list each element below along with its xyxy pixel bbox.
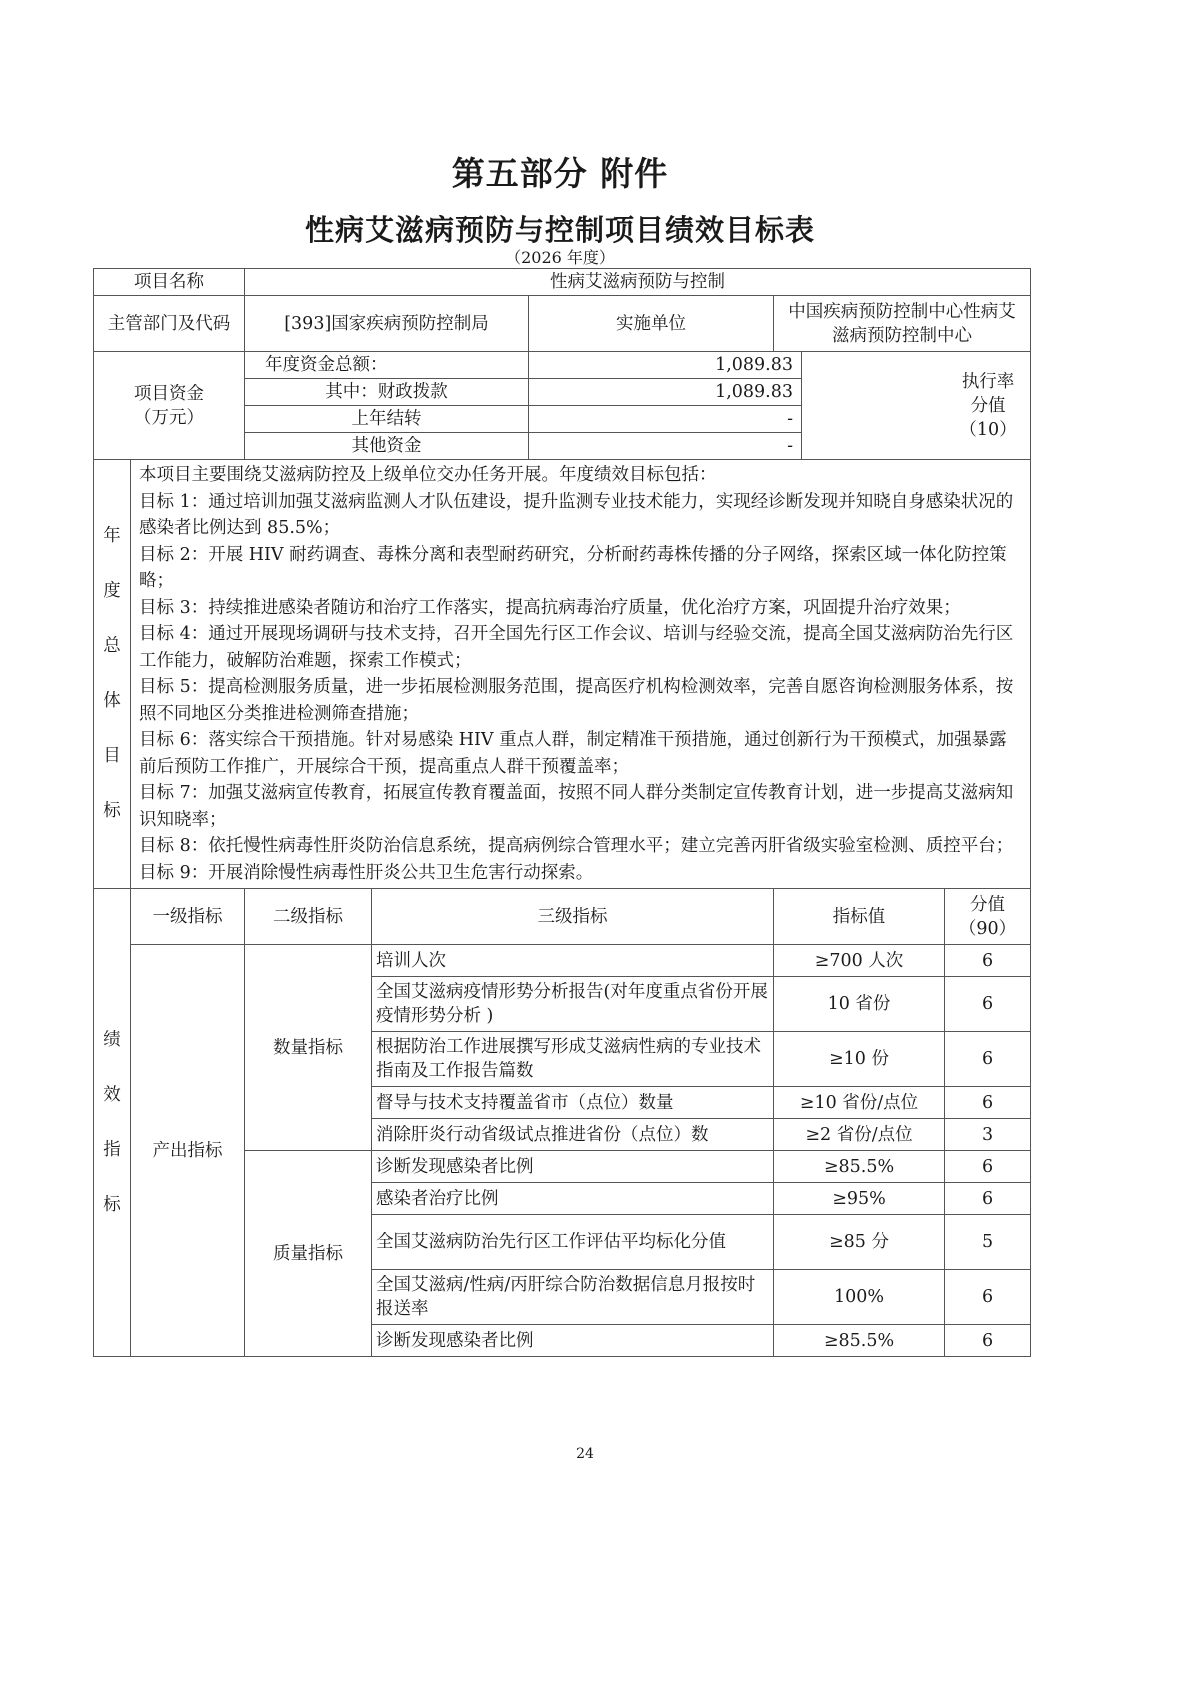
header-score-line1: 分值	[949, 893, 1026, 917]
level3-cell: 诊断发现感染者比例	[372, 1325, 774, 1357]
side-char: 标	[94, 1178, 130, 1233]
score-cell: 3	[945, 1119, 1031, 1151]
fund-total-label: 年度资金总额：	[245, 352, 529, 379]
score-cell: 6	[945, 1270, 1031, 1325]
goal-item: 目标 4：通过开展现场调研与技术支持，召开全国先行区工作会议、培训与经验交流，提…	[139, 621, 1022, 674]
dept-row: 主管部门及代码 [393]国家疾病预防控制局 实施单位 中国疾病预防控制中心性病…	[94, 296, 1031, 352]
value-cell: ≥700 人次	[774, 945, 945, 977]
level3-cell: 培训人次	[372, 945, 774, 977]
header-score-line2: （90）	[949, 917, 1026, 941]
fund-fiscal-label: 其中：财政拨款	[245, 379, 529, 406]
level2-quality: 质量指标	[245, 1151, 372, 1357]
value-cell: ≥85 分	[774, 1215, 945, 1270]
fund-total-value: 1,089.83	[529, 352, 802, 379]
funds-label-line1: 项目资金	[98, 382, 240, 406]
exec-rate-line2: 分值	[946, 394, 1030, 418]
table-title: 性病艾滋病预防与控制项目绩效目标表	[0, 208, 1120, 249]
level3-cell: 全国艾滋病防治先行区工作评估平均标化分值	[372, 1215, 774, 1270]
fund-carryover-value: -	[529, 406, 802, 433]
value-cell: 100%	[774, 1270, 945, 1325]
impl-value: 中国疾病预防控制中心性病艾滋病预防控制中心	[774, 296, 1031, 352]
header-level1: 一级指标	[131, 889, 245, 945]
funds-label-line2: （万元）	[98, 406, 240, 430]
score-cell: 6	[945, 1032, 1031, 1087]
value-cell: ≥10 省份/点位	[774, 1087, 945, 1119]
value-cell: ≥10 份	[774, 1032, 945, 1087]
project-name-label: 项目名称	[94, 269, 245, 296]
level3-cell: 根据防治工作进展撰写形成艾滋病性病的专业技术指南及工作报告篇数	[372, 1032, 774, 1087]
level3-cell: 诊断发现感染者比例	[372, 1151, 774, 1183]
side-char: 标	[94, 784, 130, 839]
value-cell: ≥95%	[774, 1183, 945, 1215]
level2-quantity: 数量指标	[245, 945, 372, 1151]
funds-row-total: 项目资金 （万元） 年度资金总额： 1,089.83 执行率 分值 （10）	[94, 352, 1031, 379]
score-cell: 6	[945, 977, 1031, 1032]
indicator-row: 产出指标 数量指标 培训人次 ≥700 人次 6	[94, 945, 1031, 977]
fund-other-label: 其他资金	[245, 433, 529, 460]
level3-cell: 全国艾滋病/性病/丙肝综合防治数据信息月报按时报送率	[372, 1270, 774, 1325]
goal-item: 目标 5：提高检测服务质量，进一步拓展检测服务范围，提高医疗机构检测效率，完善自…	[139, 674, 1022, 727]
header-score: 分值 （90）	[945, 889, 1031, 945]
annual-goals-row: 年 度 总 体 目 标 本项目主要围绕艾滋病防控及上级单位交办任务开展。年度绩效…	[94, 460, 1031, 889]
level3-cell: 全国艾滋病疫情形势分析报告(对年度重点省份开展疫情形势分析 )	[372, 977, 774, 1032]
score-cell: 6	[945, 1183, 1031, 1215]
side-char: 度	[94, 564, 130, 619]
side-char: 效	[94, 1068, 130, 1123]
project-name-value: 性病艾滋病预防与控制	[245, 269, 1031, 296]
annual-goals-side-label: 年 度 总 体 目 标	[94, 460, 131, 889]
level1-output: 产出指标	[131, 945, 245, 1357]
goal-item: 目标 8：依托慢性病毒性肝炎防治信息系统，提高病例综合管理水平；建立完善丙肝省级…	[139, 833, 1022, 860]
fund-carryover-label: 上年结转	[245, 406, 529, 433]
goal-item: 目标 2：开展 HIV 耐药调查、毒株分离和表型耐药研究，分析耐药毒株传播的分子…	[139, 542, 1022, 595]
goal-item: 目标 9：开展消除慢性病毒性肝炎公共卫生危害行动探索。	[139, 860, 1022, 887]
level3-cell: 消除肝炎行动省级试点推进省份（点位）数	[372, 1119, 774, 1151]
fund-fiscal-value: 1,089.83	[529, 379, 802, 406]
year-label: （2026 年度）	[0, 245, 1120, 268]
level3-cell: 督导与技术支持覆盖省市（点位）数量	[372, 1087, 774, 1119]
value-cell: ≥2 省份/点位	[774, 1119, 945, 1151]
side-char: 年	[94, 509, 130, 564]
goals-intro: 本项目主要围绕艾滋病防控及上级单位交办任务开展。年度绩效目标包括：	[139, 462, 1022, 489]
value-cell: ≥85.5%	[774, 1151, 945, 1183]
page-number: 24	[0, 1446, 1170, 1462]
fund-other-value: -	[529, 433, 802, 460]
exec-rate-score: 执行率 分值 （10）	[802, 352, 1031, 460]
score-cell: 6	[945, 1325, 1031, 1357]
indicators-side-label: 绩 效 指 标	[94, 889, 131, 1357]
performance-target-table: 项目名称 性病艾滋病预防与控制 主管部门及代码 [393]国家疾病预防控制局 实…	[93, 268, 1031, 1357]
score-cell: 6	[945, 1087, 1031, 1119]
annual-goals-text: 本项目主要围绕艾滋病防控及上级单位交办任务开展。年度绩效目标包括： 目标 1：通…	[131, 460, 1031, 889]
goal-item: 目标 7：加强艾滋病宣传教育，拓展宣传教育覆盖面，按照不同人群分类制定宣传教育计…	[139, 780, 1022, 833]
funds-label: 项目资金 （万元）	[94, 352, 245, 460]
impl-label: 实施单位	[529, 296, 774, 352]
exec-rate-line1: 执行率	[946, 370, 1030, 394]
exec-rate-line3: （10）	[946, 418, 1030, 442]
header-level2: 二级指标	[245, 889, 372, 945]
score-cell: 6	[945, 945, 1031, 977]
part-title: 第五部分 附件	[0, 148, 1120, 195]
score-cell: 5	[945, 1215, 1031, 1270]
project-name-row: 项目名称 性病艾滋病预防与控制	[94, 269, 1031, 296]
dept-value: [393]国家疾病预防控制局	[245, 296, 529, 352]
dept-label: 主管部门及代码	[94, 296, 245, 352]
score-cell: 6	[945, 1151, 1031, 1183]
header-level3: 三级指标	[372, 889, 774, 945]
goal-item: 目标 3：持续推进感染者随访和治疗工作落实，提高抗病毒治疗质量，优化治疗方案，巩…	[139, 595, 1022, 622]
side-char: 绩	[94, 1013, 130, 1068]
side-char: 体	[94, 674, 130, 729]
side-char: 总	[94, 619, 130, 674]
level3-cell: 感染者治疗比例	[372, 1183, 774, 1215]
value-cell: 10 省份	[774, 977, 945, 1032]
value-cell: ≥85.5%	[774, 1325, 945, 1357]
goal-item: 目标 1：通过培训加强艾滋病监测人才队伍建设，提升监测专业技术能力，实现经诊断发…	[139, 489, 1022, 542]
side-char: 指	[94, 1123, 130, 1178]
header-value: 指标值	[774, 889, 945, 945]
side-char: 目	[94, 729, 130, 784]
goal-item: 目标 6：落实综合干预措施。针对易感染 HIV 重点人群，制定精准干预措施，通过…	[139, 727, 1022, 780]
indicators-header-row: 绩 效 指 标 一级指标 二级指标 三级指标 指标值 分值 （90）	[94, 889, 1031, 945]
